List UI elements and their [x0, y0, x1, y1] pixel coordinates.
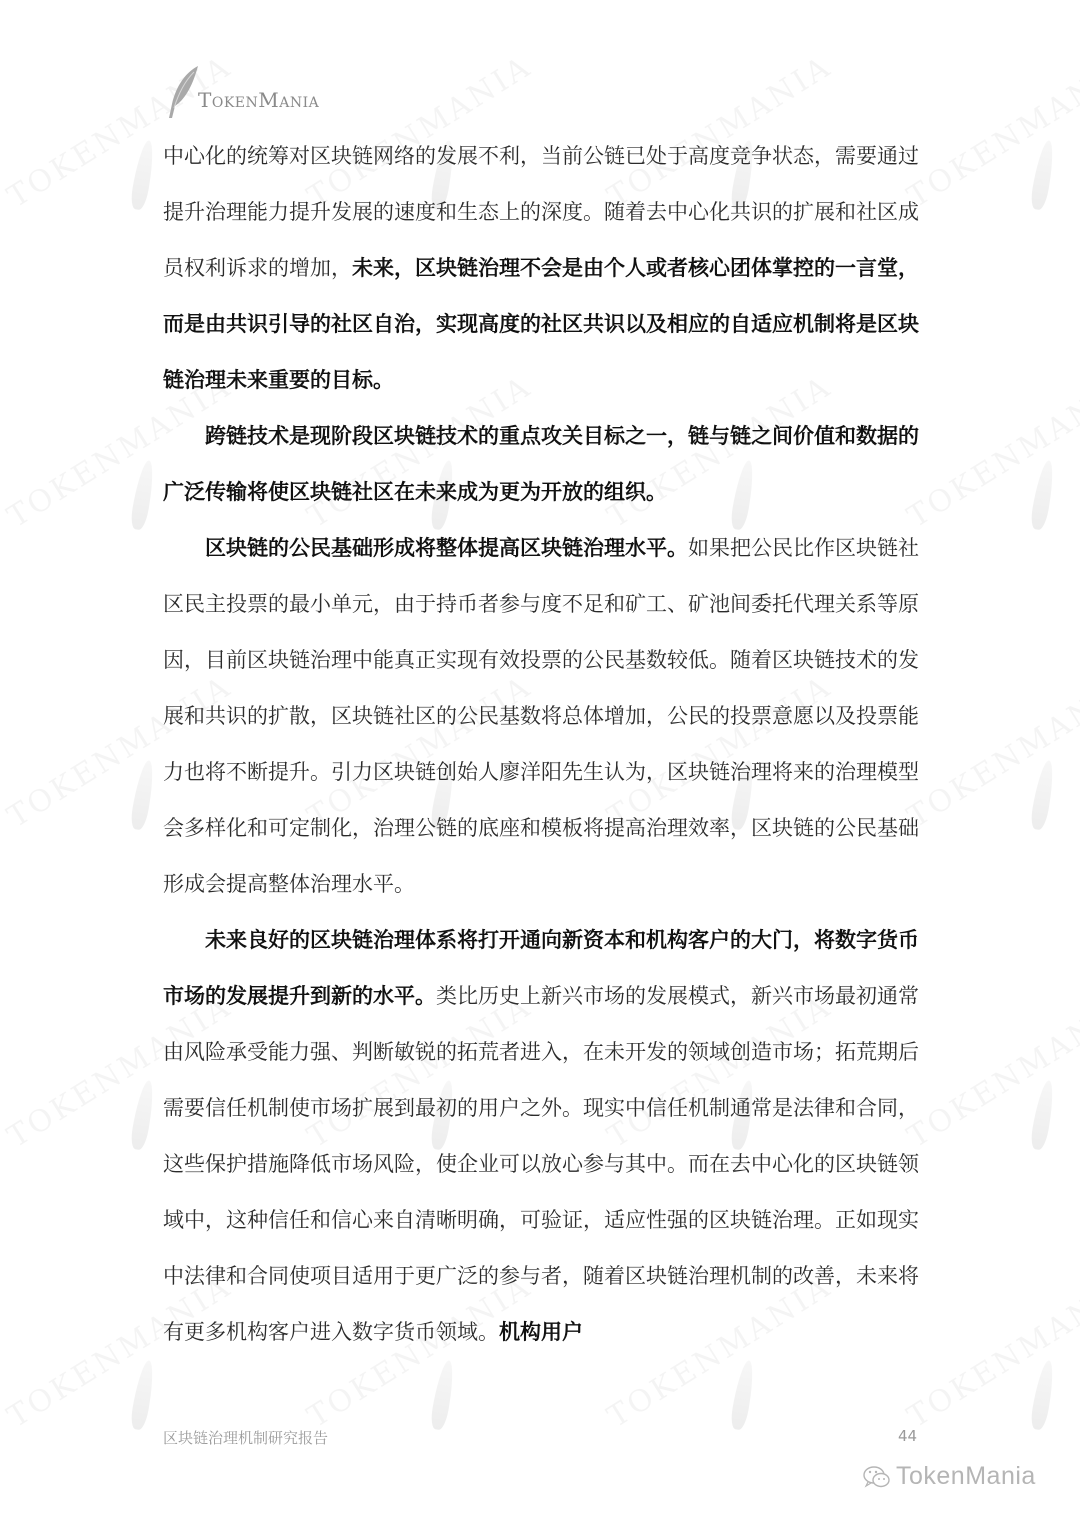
wechat-account-name: TokenMania: [896, 1462, 1036, 1491]
paragraph-3: 区块链的公民基础形成将整体提高区块链治理水平。如果把公民比作区块链社区民主投票的…: [163, 520, 919, 912]
watermark-text: TOKENMANIA: [901, 369, 1080, 535]
paragraph-bold-text: 跨链技术是现阶段区块链技术的重点攻关目标之一，链与链之间价值和数据的广泛传输将使…: [163, 424, 919, 504]
wechat-account-mark: TokenMania: [862, 1462, 1036, 1491]
watermark-text: TOKENMANIA: [901, 669, 1080, 835]
watermark-feather-icon: [1029, 1359, 1057, 1431]
page-number: 44: [898, 1427, 917, 1445]
watermark-feather-icon: [729, 1359, 757, 1431]
paragraph-text: 如果把公民比作区块链社区民主投票的最小单元，由于持币者参与度不足和矿工、矿池间委…: [163, 536, 919, 896]
watermark-feather-icon: [129, 1359, 157, 1431]
watermark-feather-icon: [1029, 459, 1057, 531]
paragraph-2: 跨链技术是现阶段区块链技术的重点攻关目标之一，链与链之间价值和数据的广泛传输将使…: [163, 408, 919, 520]
wechat-icon: [862, 1464, 892, 1490]
watermark-feather-icon: [129, 459, 157, 531]
footer-report-title: 区块链治理机制研究报告: [163, 1427, 328, 1448]
watermark-feather-icon: [129, 759, 157, 831]
watermark-text: TOKENMANIA: [901, 49, 1080, 215]
watermark-feather-icon: [1029, 759, 1057, 831]
paragraph-bold-text: 机构用户: [499, 1320, 583, 1344]
watermark-text: TOKENMANIA: [901, 989, 1080, 1155]
header-logo: TokenMania: [162, 62, 362, 122]
watermark-feather-icon: [129, 139, 157, 211]
watermark-feather-icon: [129, 1079, 157, 1151]
watermark-feather-icon: [1029, 139, 1057, 211]
watermark-text: TOKENMANIA: [901, 1269, 1080, 1435]
paragraph-1: 中心化的统筹对区块链网络的发展不利，当前公链已处于高度竞争状态，需要通过提升治理…: [163, 128, 919, 408]
watermark-feather-icon: [1029, 1079, 1057, 1151]
watermark-feather-icon: [429, 1359, 457, 1431]
logo-text: TokenMania: [198, 88, 319, 112]
paragraph-4: 未来良好的区块链治理体系将打开通向新资本和机构客户的大门，将数字货币市场的发展提…: [163, 912, 919, 1360]
paragraph-text: 类比历史上新兴市场的发展模式，新兴市场最初通常由风险承受能力强、判断敏锐的拓荒者…: [163, 984, 919, 1344]
paragraph-bold-text: 区块链的公民基础形成将整体提高区块链治理水平。: [205, 536, 688, 560]
document-body: 中心化的统筹对区块链网络的发展不利，当前公链已处于高度竞争状态，需要通过提升治理…: [163, 128, 919, 1360]
